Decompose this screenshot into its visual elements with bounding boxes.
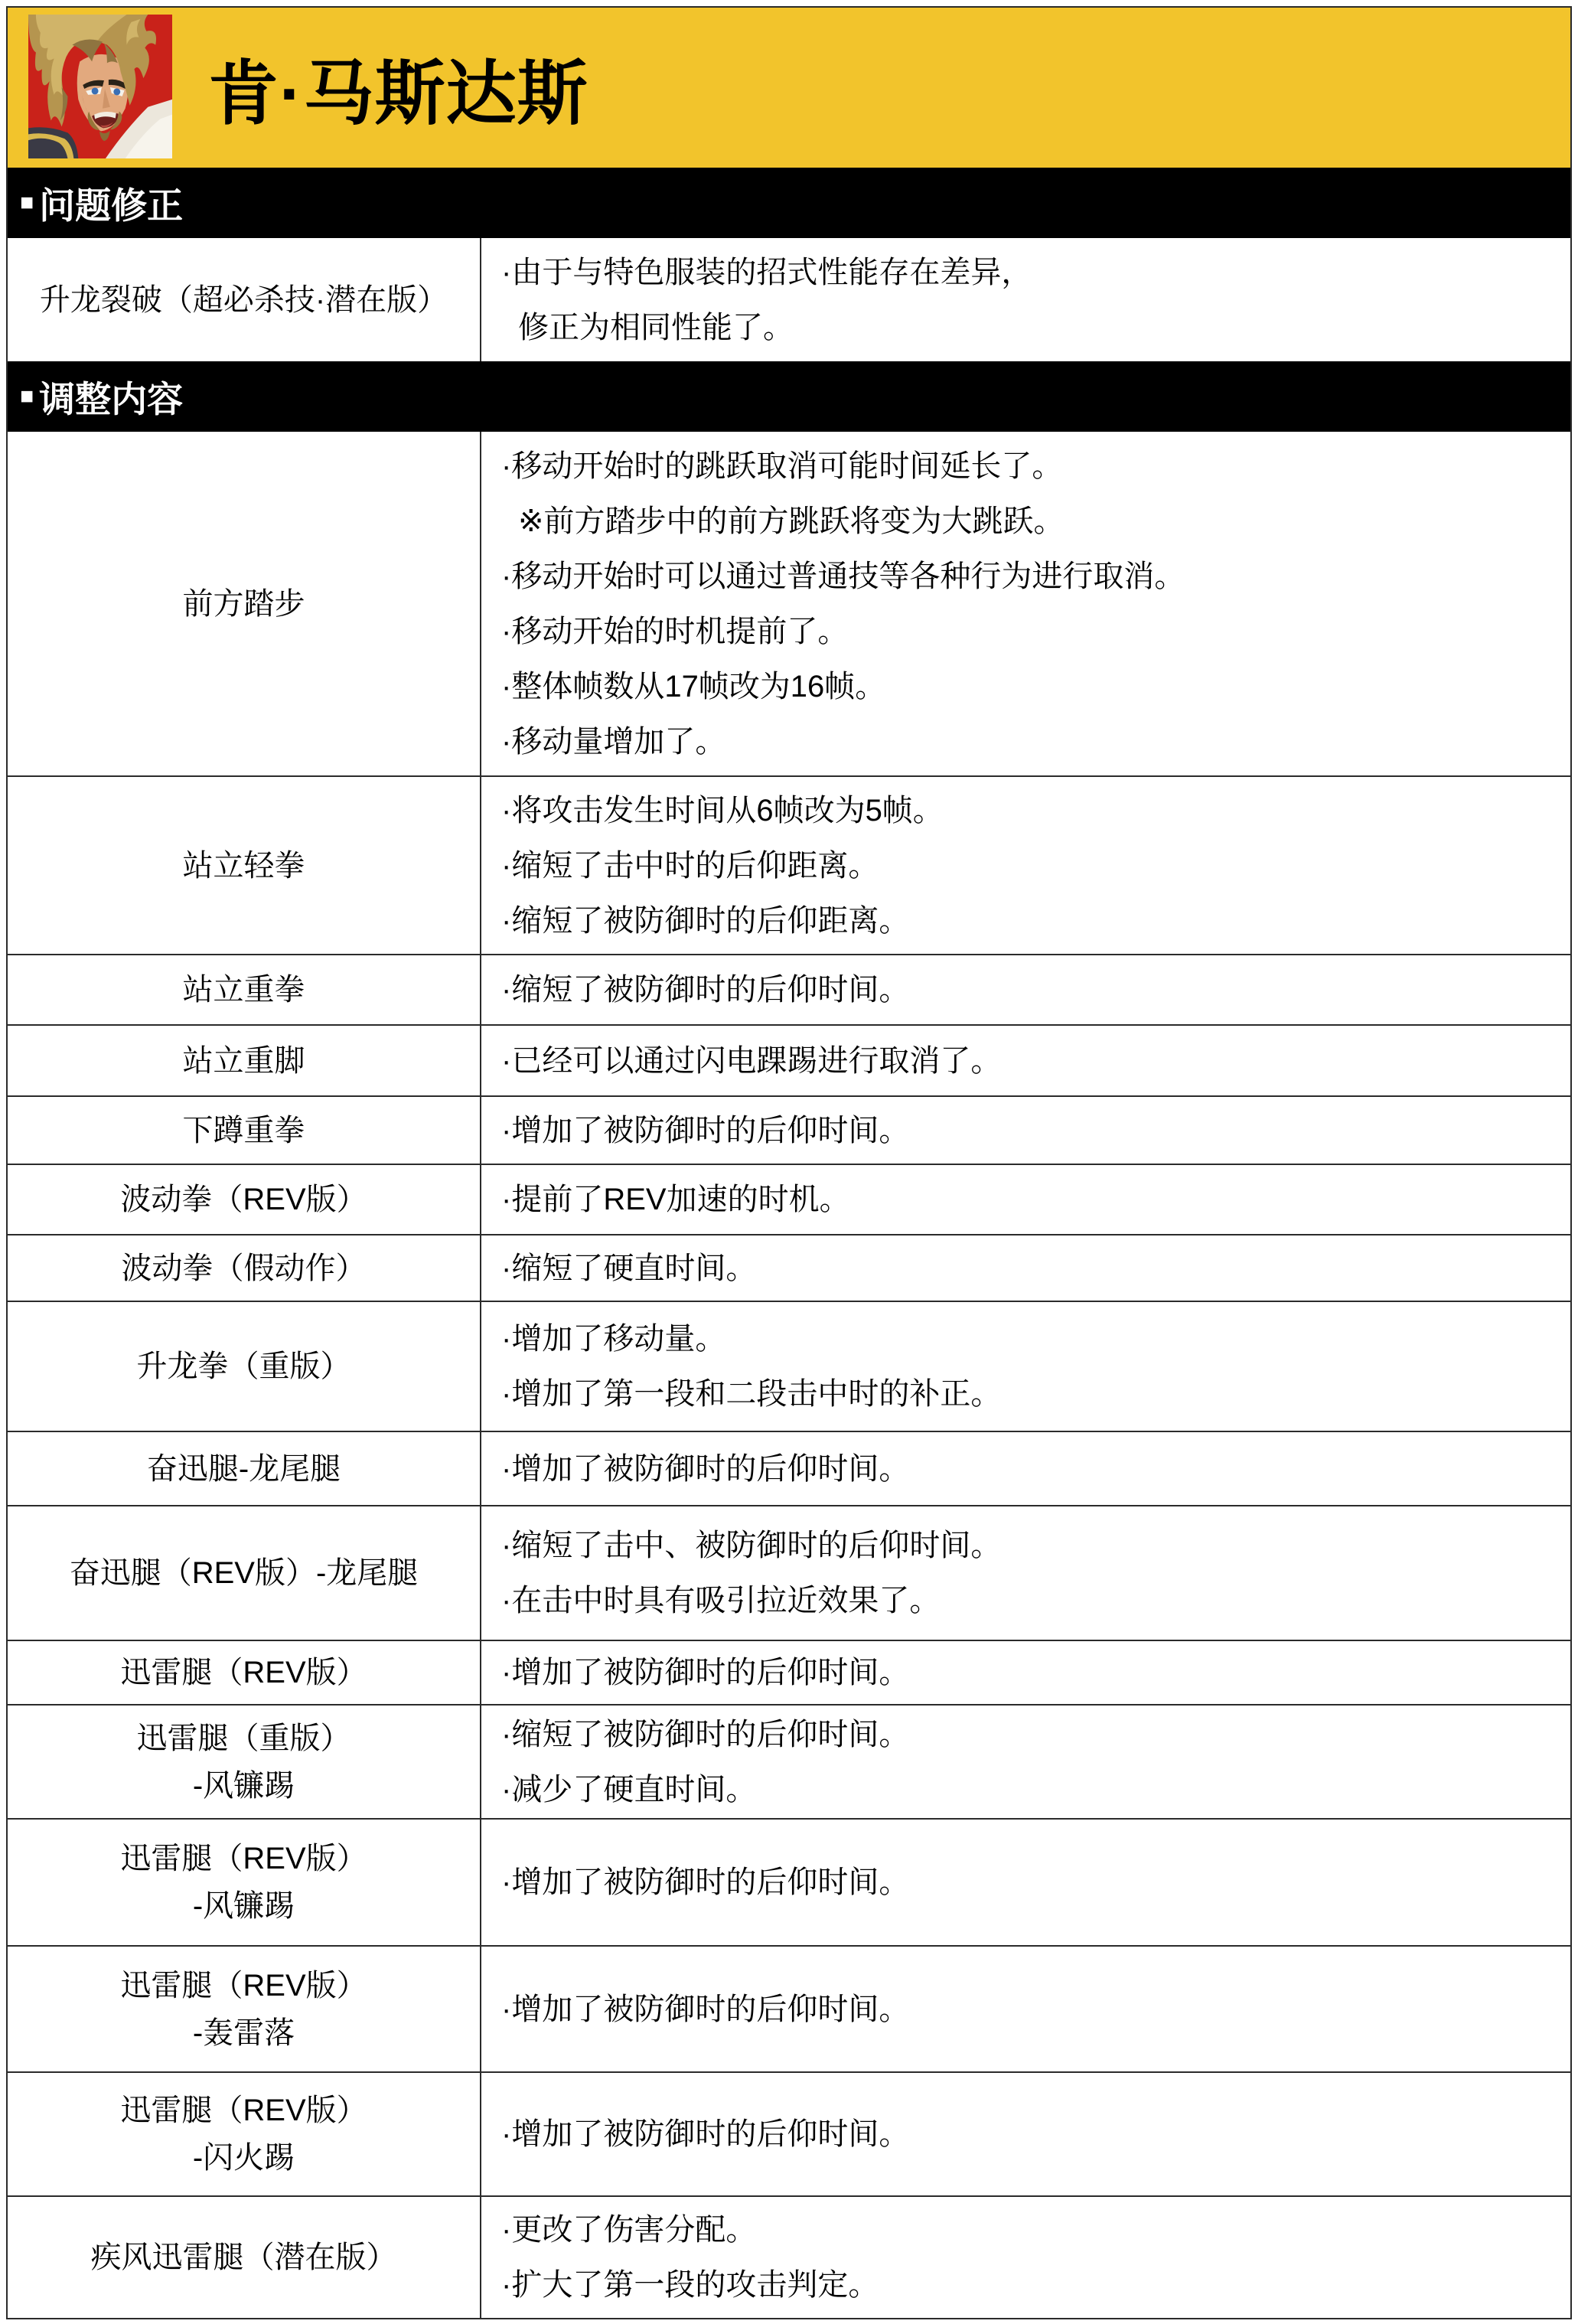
- change-line: ·已经可以通过闪电踝踢进行取消了。: [501, 1033, 1555, 1089]
- move-name-cell: 奋迅腿-龙尾腿: [8, 1432, 481, 1505]
- change-line: ·增加了被防御时的后仰时间。: [501, 1103, 1555, 1158]
- move-name-cell: 站立轻拳: [8, 777, 481, 954]
- move-name-cell: 升龙拳（重版）: [8, 1302, 481, 1431]
- table-row: 迅雷腿（REV版） -轰雷落 ·增加了被防御时的后仰时间。: [8, 1945, 1570, 2071]
- change-line: ·增加了移动量。: [501, 1311, 1555, 1366]
- change-notes-cell: ·更改了伤害分配。 ·扩大了第一段的攻击判定。: [481, 2197, 1570, 2318]
- change-line: ·由于与特色服装的招式性能存在差异，: [501, 245, 1555, 300]
- change-notes-cell: ·增加了被防御时的后仰时间。: [481, 2073, 1570, 2195]
- change-line: ·整体帧数从17帧改为16帧。: [501, 659, 1555, 714]
- move-name-cell: 迅雷腿（重版） -风镰踢: [8, 1705, 481, 1818]
- change-line: ·扩大了第一段的攻击判定。: [501, 2257, 1555, 2313]
- move-name-cell: 站立重拳: [8, 955, 481, 1024]
- change-notes-cell: ·增加了被防御时的后仰时间。: [481, 1641, 1570, 1704]
- character-header: 肯·马斯达斯: [8, 8, 1570, 168]
- change-notes-cell: ·将攻击发生时间从6帧改为5帧。 ·缩短了击中时的后仰距离。 ·缩短了被防御时的…: [481, 777, 1570, 954]
- change-line: ·移动开始的时机提前了。: [501, 604, 1555, 659]
- table-row: 站立重拳 ·缩短了被防御时的后仰时间。: [8, 954, 1570, 1024]
- move-name: 站立轻拳: [183, 842, 305, 889]
- change-notes-cell: ·缩短了击中、被防御时的后仰时间。 ·在击中时具有吸引拉近效果了。: [481, 1506, 1570, 1640]
- table-row: 迅雷腿（REV版） ·增加了被防御时的后仰时间。: [8, 1640, 1570, 1704]
- change-notes-cell: ·增加了被防御时的后仰时间。: [481, 1820, 1570, 1945]
- move-name: 站立重拳: [183, 966, 305, 1013]
- move-name: -轰雷落: [193, 2009, 295, 2057]
- move-name: 升龙裂破（超必杀技·潜在版）: [40, 276, 448, 324]
- move-name-cell: 波动拳（REV版）: [8, 1165, 481, 1234]
- move-name: 迅雷腿（REV版）: [120, 1649, 367, 1696]
- change-line: ·减少了硬直时间。: [501, 1762, 1555, 1817]
- move-name: 奋迅腿-龙尾腿: [147, 1445, 341, 1493]
- table-row: 疾风迅雷腿（潜在版） ·更改了伤害分配。 ·扩大了第一段的攻击判定。: [8, 2195, 1570, 2318]
- change-line: ·移动量增加了。: [501, 714, 1555, 769]
- square-marker-icon: ■: [20, 385, 34, 408]
- move-name: 升龙拳（重版）: [137, 1343, 351, 1390]
- move-name: -风镰踢: [193, 1882, 295, 1930]
- change-line: ·更改了伤害分配。: [501, 2202, 1555, 2257]
- move-name-cell: 奋迅腿（REV版）-龙尾腿: [8, 1506, 481, 1640]
- table-row: 迅雷腿（REV版） -闪火踢 ·增加了被防御时的后仰时间。: [8, 2071, 1570, 2195]
- table-row: 奋迅腿-龙尾腿 ·增加了被防御时的后仰时间。: [8, 1431, 1570, 1505]
- move-name: 迅雷腿（重版）: [137, 1715, 351, 1762]
- table-row: 站立轻拳 ·将攻击发生时间从6帧改为5帧。 ·缩短了击中时的后仰距离。 ·缩短了…: [8, 775, 1570, 954]
- change-notes-cell: ·已经可以通过闪电踝踢进行取消了。: [481, 1026, 1570, 1095]
- move-name: 波动拳（REV版）: [120, 1176, 367, 1223]
- move-name-cell: 迅雷腿（REV版） -风镰踢: [8, 1820, 481, 1945]
- move-name-cell: 迅雷腿（REV版） -轰雷落: [8, 1947, 481, 2071]
- patch-notes-page: 肯·马斯达斯 ■ 问题修正 升龙裂破（超必杀技·潜在版） ·由于与特色服装的招式…: [0, 0, 1578, 2324]
- change-line: ·缩短了被防御时的后仰时间。: [501, 962, 1555, 1017]
- move-name-cell: 前方踏步: [8, 432, 481, 775]
- change-line: ·增加了被防御时的后仰时间。: [501, 1645, 1555, 1700]
- change-notes-cell: ·提前了REV加速的时机。: [481, 1165, 1570, 1234]
- table-row: 迅雷腿（重版） -风镰踢 ·缩短了被防御时的后仰时间。 ·减少了硬直时间。: [8, 1704, 1570, 1818]
- change-line: ·增加了被防御时的后仰时间。: [501, 1441, 1555, 1497]
- move-name: 迅雷腿（REV版）: [120, 1962, 367, 2009]
- table-row: 下蹲重拳 ·增加了被防御时的后仰时间。: [8, 1095, 1570, 1164]
- change-line: ·增加了被防御时的后仰时间。: [501, 2107, 1555, 2162]
- move-name: 站立重脚: [183, 1037, 305, 1085]
- change-notes-cell: ·增加了被防御时的后仰时间。: [481, 1947, 1570, 2071]
- section-adjustments-label: 调整内容: [39, 371, 183, 423]
- move-name-cell: 站立重脚: [8, 1026, 481, 1095]
- character-name: 肯·马斯达斯: [208, 38, 588, 139]
- move-name: 迅雷腿（REV版）: [120, 2087, 367, 2134]
- section-bugfix-header: ■ 问题修正: [8, 168, 1570, 238]
- change-line: ·增加了第一段和二段击中时的补正。: [501, 1366, 1555, 1421]
- change-line: 修正为相同性能了。: [518, 300, 1555, 355]
- move-name-cell: 迅雷腿（REV版） -闪火踢: [8, 2073, 481, 2195]
- change-line: ·提前了REV加速的时机。: [501, 1172, 1555, 1227]
- move-name: 疾风迅雷腿（潜在版）: [91, 2234, 397, 2281]
- change-line: ·增加了被防御时的后仰时间。: [501, 1855, 1555, 1910]
- character-portrait-icon: [28, 15, 172, 158]
- change-notes-cell: ·缩短了硬直时间。: [481, 1235, 1570, 1301]
- change-line: ·缩短了硬直时间。: [501, 1241, 1555, 1296]
- change-line: ·在击中时具有吸引拉近效果了。: [501, 1573, 1555, 1628]
- change-line: ·移动开始时的跳跃取消可能时间延长了。: [501, 439, 1555, 494]
- patch-notes-table: 肯·马斯达斯 ■ 问题修正 升龙裂破（超必杀技·潜在版） ·由于与特色服装的招式…: [6, 6, 1572, 2319]
- change-notes-cell: ·移动开始时的跳跃取消可能时间延长了。 ※前方踏步中的前方跳跃将变为大跳跃。 ·…: [481, 432, 1570, 775]
- move-name: -风镰踢: [193, 1762, 295, 1810]
- change-notes-cell: ·增加了被防御时的后仰时间。: [481, 1432, 1570, 1505]
- change-notes-cell: ·增加了被防御时的后仰时间。: [481, 1097, 1570, 1164]
- change-line: ·缩短了被防御时的后仰时间。: [501, 1707, 1555, 1762]
- move-name-cell: 疾风迅雷腿（潜在版）: [8, 2197, 481, 2318]
- change-line: ·增加了被防御时的后仰时间。: [501, 1982, 1555, 2037]
- change-line: ·缩短了被防御时的后仰距离。: [501, 893, 1555, 948]
- change-notes-cell: ·增加了移动量。 ·增加了第一段和二段击中时的补正。: [481, 1302, 1570, 1431]
- table-row: 升龙拳（重版） ·增加了移动量。 ·增加了第一段和二段击中时的补正。: [8, 1301, 1570, 1431]
- table-row: 前方踏步 ·移动开始时的跳跃取消可能时间延长了。 ※前方踏步中的前方跳跃将变为大…: [8, 432, 1570, 775]
- move-name: 迅雷腿（REV版）: [120, 1835, 367, 1882]
- change-line: ※前方踏步中的前方跳跃将变为大跳跃。: [518, 494, 1555, 549]
- change-notes-cell: ·缩短了被防御时的后仰时间。: [481, 955, 1570, 1024]
- change-notes-cell: ·缩短了被防御时的后仰时间。 ·减少了硬直时间。: [481, 1705, 1570, 1818]
- move-name: 奋迅腿（REV版）-龙尾腿: [70, 1549, 419, 1597]
- table-row: 站立重脚 ·已经可以通过闪电踝踢进行取消了。: [8, 1024, 1570, 1095]
- move-name: 下蹲重拳: [183, 1107, 305, 1154]
- move-name: 前方踏步: [183, 580, 305, 628]
- move-name: -闪火踢: [193, 2134, 295, 2182]
- section-bugfix-label: 问题修正: [39, 178, 183, 229]
- change-line: ·移动开始时可以通过普通技等各种行为进行取消。: [501, 549, 1555, 604]
- table-row: 波动拳（假动作） ·缩短了硬直时间。: [8, 1234, 1570, 1301]
- table-row: 迅雷腿（REV版） -风镰踢 ·增加了被防御时的后仰时间。: [8, 1818, 1570, 1945]
- square-marker-icon: ■: [20, 191, 34, 214]
- change-line: ·缩短了击中、被防御时的后仰时间。: [501, 1518, 1555, 1573]
- change-line: ·将攻击发生时间从6帧改为5帧。: [501, 783, 1555, 838]
- section-adjustments-header: ■ 调整内容: [8, 361, 1570, 432]
- change-line: ·缩短了击中时的后仰距离。: [501, 838, 1555, 893]
- table-row: 升龙裂破（超必杀技·潜在版） ·由于与特色服装的招式性能存在差异， 修正为相同性…: [8, 238, 1570, 361]
- move-name: 波动拳（假动作）: [122, 1245, 367, 1292]
- move-name-cell: 下蹲重拳: [8, 1097, 481, 1164]
- table-row: 波动拳（REV版） ·提前了REV加速的时机。: [8, 1164, 1570, 1234]
- move-name-cell: 升龙裂破（超必杀技·潜在版）: [8, 238, 481, 361]
- move-name-cell: 迅雷腿（REV版）: [8, 1641, 481, 1704]
- table-row: 奋迅腿（REV版）-龙尾腿 ·缩短了击中、被防御时的后仰时间。 ·在击中时具有吸…: [8, 1505, 1570, 1640]
- change-notes-cell: ·由于与特色服装的招式性能存在差异， 修正为相同性能了。: [481, 238, 1570, 361]
- move-name-cell: 波动拳（假动作）: [8, 1235, 481, 1301]
